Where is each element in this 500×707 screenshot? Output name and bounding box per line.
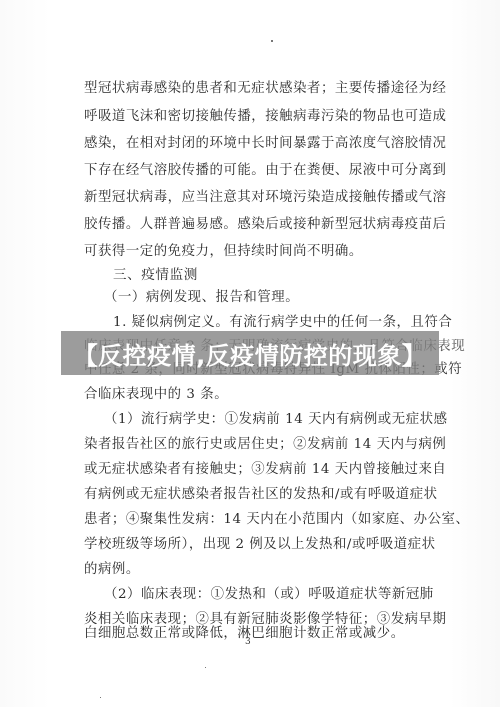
- page-number: 3: [245, 637, 251, 647]
- paragraph-line: 可获得一定的免疫力，但持续时间尚不明确。: [84, 244, 424, 260]
- epidemiology-line: 或无症状感染者有接触史；③发病前 14 天内曾接触过来自: [84, 462, 424, 478]
- scan-speck: [100, 697, 101, 698]
- clinical-line: （2）临床表现：①发热和（或）呼吸道症状等新冠肺: [104, 587, 444, 603]
- paragraph-line: 下存在经气溶胶传播的可能。由于在粪便、尿液中可分离到: [84, 163, 424, 179]
- epidemiology-line: （1）流行病学史：①发病前 14 天内有病例或无症状感: [104, 412, 444, 428]
- epidemiology-line: 学校班级等场所），出现 2 例及以上发热和/或呼吸道症状: [84, 537, 424, 553]
- paragraph-line: 型冠状病毒感染的患者和无症状感染者；主要传播途径为经: [84, 81, 424, 97]
- epidemiology-line: 的病例。: [84, 562, 424, 578]
- paragraph-line: 感染，在相对封闭的环境中长时间暴露于高浓度气溶胶情况: [84, 136, 424, 152]
- section-heading: 三、疫情监测: [113, 267, 453, 283]
- title-banner: 【反控疫情,反疫情防控的现象】: [61, 331, 439, 375]
- paragraph-line: 新型冠状病毒，应当注意其对环境污染造成接触传播或气溶: [84, 190, 424, 206]
- clinical-line: 白细胞总数正常或降低，淋巴细胞计数正常或减少。: [84, 626, 424, 642]
- epidemiology-line: 患者；④聚集性发病：14 天内在小范围内（如家庭、办公室、: [84, 512, 424, 528]
- paragraph-line: 胶传播。人群普遍易感。感染后或接种新型冠状病毒疫苗后: [84, 217, 424, 233]
- definition-line: 合临床表现中的 3 条。: [84, 387, 424, 403]
- epidemiology-line: 染者报告社区的旅行史或居住史；②发病前 14 天内与病例: [84, 437, 424, 453]
- scan-speck: [271, 40, 273, 42]
- paragraph-line: 呼吸道飞沫和密切接触传播，接触病毒污染的物品也可造成: [84, 109, 424, 125]
- epidemiology-line: 有病例或无症状感染者报告社区的发热和/或有呼吸道症状: [84, 487, 424, 503]
- scan-speck: [205, 667, 206, 668]
- definition-line: 1. 疑似病例定义。有流行病学史中的任何一条，且符合: [113, 315, 453, 331]
- subsection-heading: （一）病例发现、报告和管理。: [104, 290, 444, 306]
- banner-title: 【反控疫情,反疫情防控的现象】: [74, 336, 427, 371]
